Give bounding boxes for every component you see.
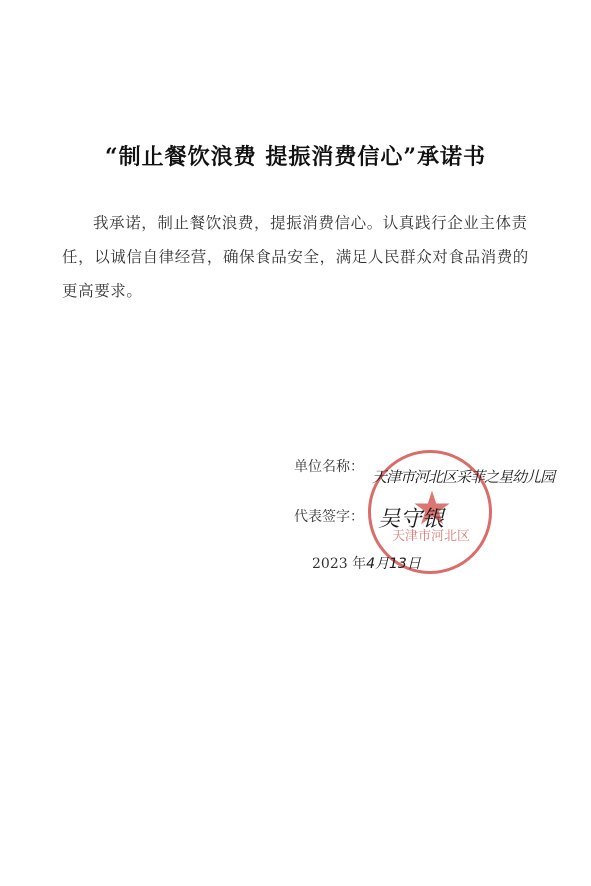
commitment-paragraph: 我承诺，制止餐饮浪费，提振消费信心。认真践行企业主体责任，以诚信自律经营，确保食… bbox=[62, 206, 532, 308]
date-year: 2023 年 bbox=[312, 556, 366, 572]
representative-label: 代表签字： bbox=[294, 506, 364, 526]
unit-name-label: 单位名称： bbox=[294, 456, 364, 476]
representative-signature: 吴守银 bbox=[378, 502, 444, 533]
date-handwritten: 4月13日 bbox=[366, 556, 421, 572]
document-title: “制止餐饮浪费 提振消费信心”承诺书 bbox=[0, 140, 591, 171]
date-line: 2023 年4月13日 bbox=[312, 553, 421, 573]
unit-name-handwritten: 天津市河北区采菲之星幼儿园 bbox=[372, 466, 554, 487]
